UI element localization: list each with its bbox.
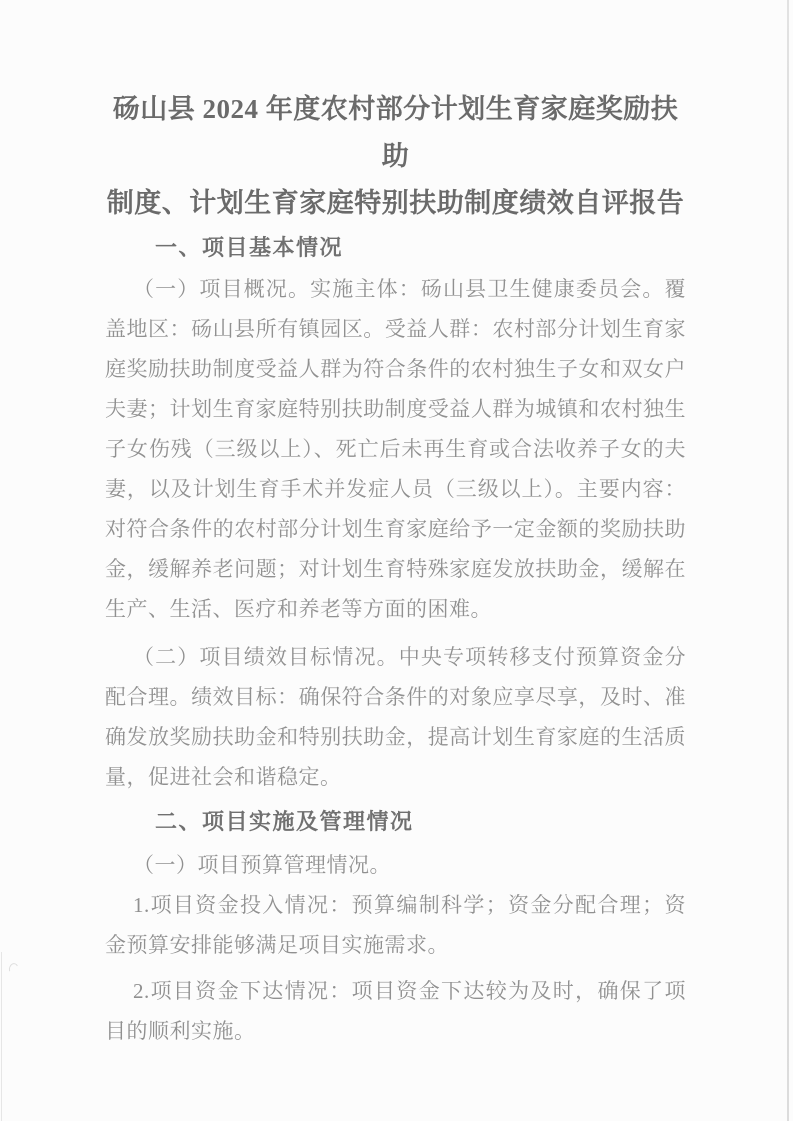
document-title: 砀山县 2024 年度农村部分计划生育家庭奖励扶助 制度、计划生育家庭特别扶助制… — [105, 86, 686, 227]
document-content: 砀山县 2024 年度农村部分计划生育家庭奖励扶助 制度、计划生育家庭特别扶助制… — [105, 86, 686, 1051]
scan-right-edge-line — [787, 0, 789, 1121]
paragraph-project-overview: （一）项目概况。实施主体：砀山县卫生健康委员会。覆盖地区：砀山县所有镇园区。受益… — [105, 269, 686, 629]
scanned-document-page: 砀山县 2024 年度农村部分计划生育家庭奖励扶助 制度、计划生育家庭特别扶助制… — [0, 0, 793, 1121]
document-title-line-1: 砀山县 2024 年度农村部分计划生育家庭奖励扶助 — [105, 86, 686, 180]
paragraph-fund-disbursement: 2.项目资金下达情况：项目资金下达较为及时，确保了项目的顺利实施。 — [105, 971, 686, 1051]
scan-artifact-mark — [7, 962, 19, 975]
scan-left-edge-line — [1, 952, 2, 1121]
subheading-budget-management: （一）项目预算管理情况。 — [105, 845, 686, 885]
document-title-line-2: 制度、计划生育家庭特别扶助制度绩效自评报告 — [105, 180, 686, 227]
section-heading-implementation-management: 二、项目实施及管理情况 — [105, 805, 686, 839]
paragraph-fund-input: 1.项目资金投入情况：预算编制科学；资金分配合理；资金预算安排能够满足项目实施需… — [105, 885, 686, 965]
section-heading-project-basic-info: 一、项目基本情况 — [105, 231, 686, 265]
paragraph-performance-goals: （二）项目绩效目标情况。中央专项转移支付预算资金分配合理。绩效目标：确保符合条件… — [105, 637, 686, 797]
